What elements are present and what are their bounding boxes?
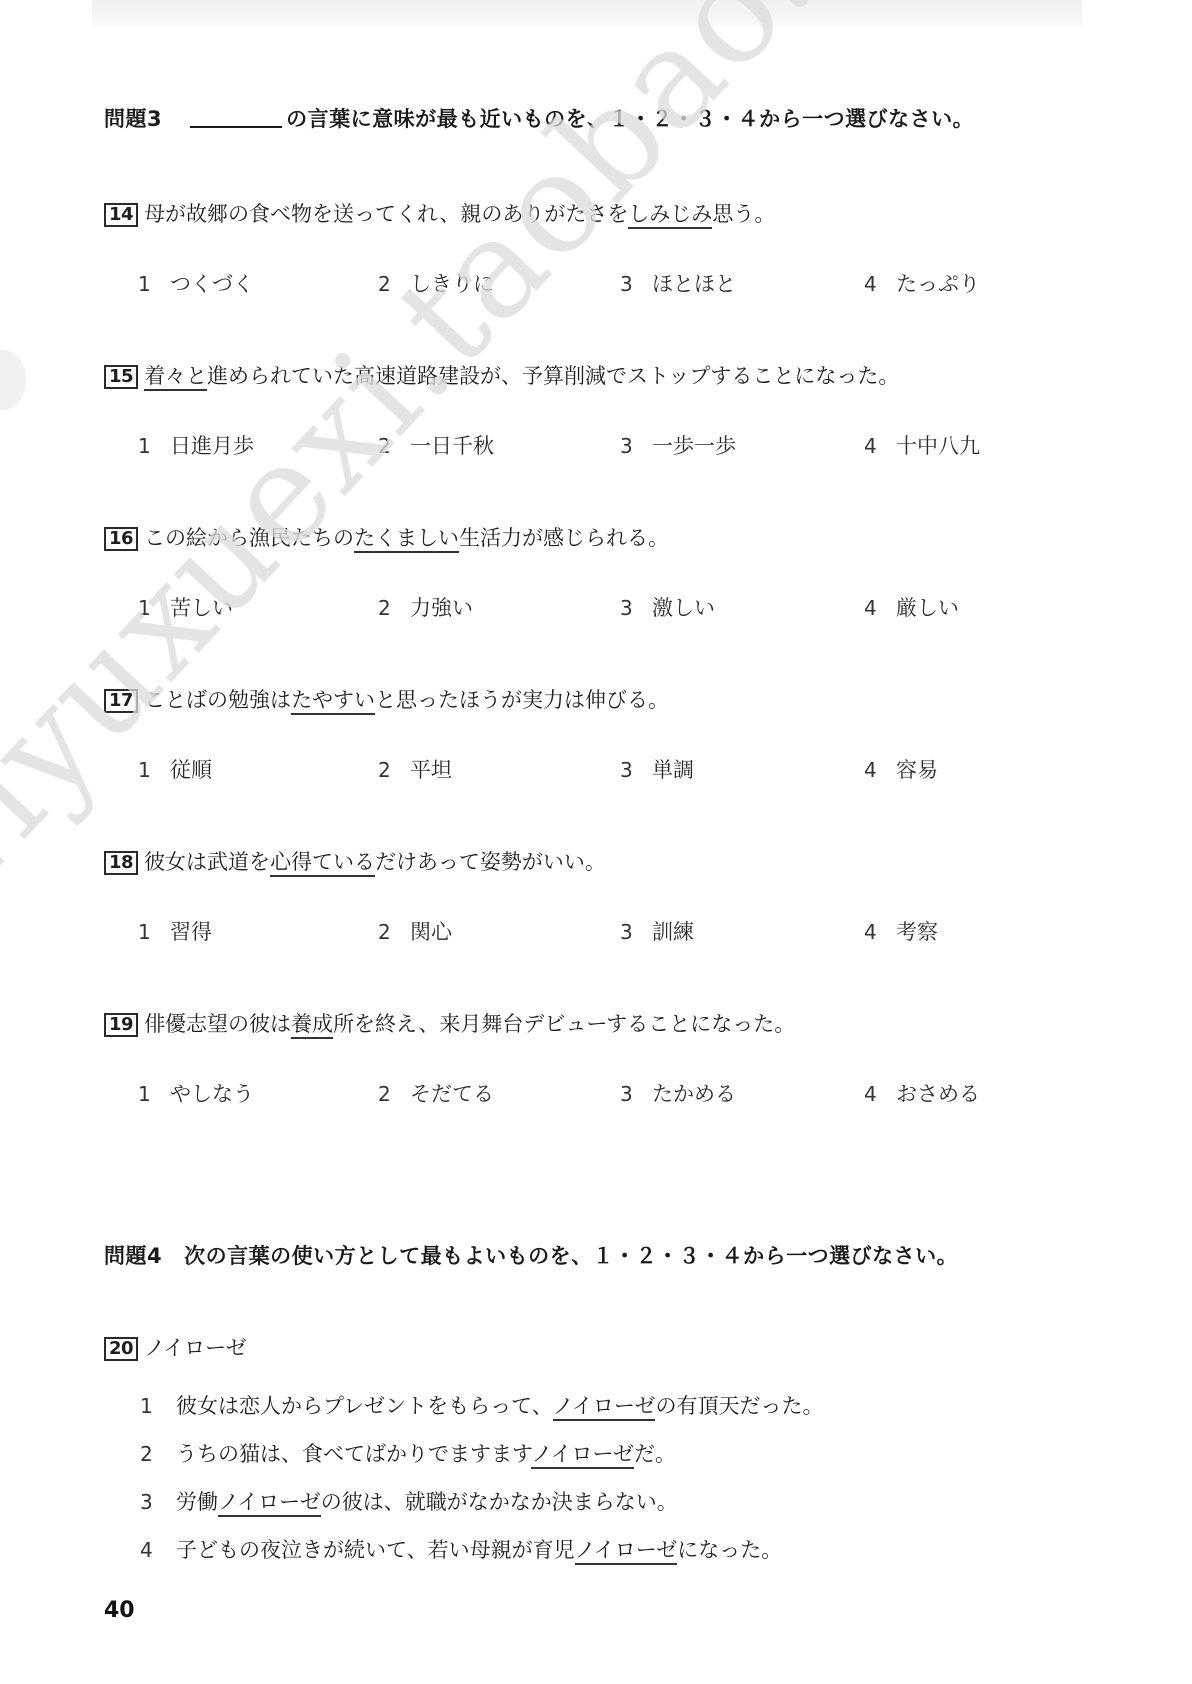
option-number: 1 (138, 434, 170, 458)
section-3-instruction: の言葉に意味が最も近いものを、１・２・３・４から一つ選びなさい。 (286, 107, 974, 131)
question-14: 14母が故郷の食べ物を送ってくれ、親のありがたさをしみじみ思う。 (104, 198, 775, 228)
usage-option-1[interactable]: 1彼女は恋人からプレゼントをもらって、ノイローゼの有頂天だった。 (140, 1390, 823, 1420)
option-number: 4 (864, 434, 896, 458)
option-2[interactable]: 2一日千秋 (378, 430, 494, 460)
option-2[interactable]: 2平坦 (378, 754, 452, 784)
underlined-word: しみじみ (628, 202, 712, 229)
question-15: 15着々と進められていた高速道路建設が、予算削減でストップすることになった。 (104, 360, 899, 390)
option-text: 単調 (652, 758, 694, 782)
option-number: 3 (620, 596, 652, 620)
option-text: の有頂天だった。 (655, 1394, 823, 1418)
option-number: 1 (138, 596, 170, 620)
underlined-word: ノイローゼ (575, 1538, 678, 1565)
option-text: 厳しい (896, 596, 959, 620)
question-19: 19俳優志望の彼は養成所を終え、来月舞台デビューすることになった。 (104, 1008, 795, 1038)
option-4[interactable]: 4十中八九 (864, 430, 980, 460)
underlined-word: 心得ている (270, 850, 375, 877)
exam-page: 問題3の言葉に意味が最も近いものを、１・２・３・４から一つ選びなさい。 14母が… (0, 0, 1192, 1684)
option-4[interactable]: 4たっぷり (864, 268, 980, 298)
option-2[interactable]: 2力強い (378, 592, 473, 622)
option-number: 4 (864, 920, 896, 944)
option-text: 平坦 (410, 758, 452, 782)
option-text: たかめる (652, 1082, 736, 1106)
question-text: 所を終え、来月舞台デビューすることになった。 (333, 1012, 795, 1036)
underlined-word: ノイローゼ (531, 1442, 634, 1469)
option-text: 苦しい (170, 596, 233, 620)
option-number: 4 (864, 1082, 896, 1106)
section-3-header: 問題3の言葉に意味が最も近いものを、１・２・３・４から一つ選びなさい。 (104, 103, 974, 133)
question-text: 進められていた高速道路建設が、予算削減でストップすることになった。 (207, 364, 899, 388)
option-number: 3 (140, 1490, 176, 1514)
options-16: 1苦しい 2力強い 3激しい 4厳しい (138, 592, 1038, 622)
underlined-word: たくましい (354, 526, 459, 553)
option-text: つくづく (170, 272, 254, 296)
option-2[interactable]: 2関心 (378, 916, 452, 946)
option-text: 従順 (170, 758, 212, 782)
option-4[interactable]: 4おさめる (864, 1078, 980, 1108)
option-number: 3 (620, 272, 652, 296)
section-4-header: 問題4次の言葉の使い方として最もよいものを、１・２・３・４から一つ選びなさい。 (104, 1240, 958, 1270)
option-3[interactable]: 3一歩一歩 (620, 430, 736, 460)
option-number: 2 (378, 434, 410, 458)
option-number: 2 (378, 920, 410, 944)
option-text: しきりに (410, 272, 494, 296)
question-number: 20 (104, 1337, 138, 1361)
option-number: 1 (138, 1082, 170, 1106)
target-word: ノイローゼ (144, 1336, 247, 1360)
question-text: 母が故郷の食べ物を送ってくれ、親のありがたさを (144, 202, 628, 226)
option-number: 2 (378, 272, 410, 296)
option-text: 力強い (410, 596, 473, 620)
question-text: ことばの勉強は (144, 688, 291, 712)
usage-option-2[interactable]: 2うちの猫は、食べてばかりでますますノイローゼだ。 (140, 1438, 676, 1468)
usage-option-4[interactable]: 4子どもの夜泣きが続いて、若い母親が育児ノイローゼになった。 (140, 1534, 782, 1564)
option-1[interactable]: 1日進月歩 (138, 430, 254, 460)
option-text: そだてる (410, 1082, 494, 1106)
question-number: 18 (104, 851, 138, 875)
option-number: 1 (138, 272, 170, 296)
option-1[interactable]: 1つくづく (138, 268, 254, 298)
question-17: 17ことばの勉強はたやすいと思ったほうが実力は伸びる。 (104, 684, 669, 714)
option-1[interactable]: 1従順 (138, 754, 212, 784)
option-text: 容易 (896, 758, 938, 782)
option-text: やしなう (170, 1082, 254, 1106)
question-20: 20ノイローゼ (104, 1332, 247, 1362)
option-2[interactable]: 2しきりに (378, 268, 494, 298)
section-4-label: 問題4 (104, 1244, 162, 1268)
option-text: 日進月歩 (170, 434, 254, 458)
options-15: 1日進月歩 2一日千秋 3一歩一歩 4十中八九 (138, 430, 1038, 460)
question-text: 思う。 (712, 202, 775, 226)
option-3[interactable]: 3たかめる (620, 1078, 736, 1108)
option-text: 彼女は恋人からプレゼントをもらって、 (176, 1394, 553, 1418)
underlined-word: 養成 (291, 1012, 333, 1039)
option-number: 3 (620, 920, 652, 944)
option-number: 3 (620, 1082, 652, 1106)
question-text: と思ったほうが実力は伸びる。 (375, 688, 669, 712)
option-2[interactable]: 2そだてる (378, 1078, 494, 1108)
option-1[interactable]: 1習得 (138, 916, 212, 946)
option-text: 一日千秋 (410, 434, 494, 458)
option-text: 一歩一歩 (652, 434, 736, 458)
option-number: 3 (620, 434, 652, 458)
option-number: 4 (864, 272, 896, 296)
option-text: だ。 (634, 1442, 676, 1466)
option-text: おさめる (896, 1082, 980, 1106)
option-4[interactable]: 4容易 (864, 754, 938, 784)
option-number: 4 (864, 758, 896, 782)
question-18: 18彼女は武道を心得ているだけあって姿勢がいい。 (104, 846, 606, 876)
option-text: 習得 (170, 920, 212, 944)
option-number: 4 (864, 596, 896, 620)
option-number: 2 (378, 596, 410, 620)
option-3[interactable]: 3単調 (620, 754, 694, 784)
option-text: うちの猫は、食べてばかりでますます (176, 1442, 531, 1466)
option-3[interactable]: 3訓練 (620, 916, 694, 946)
underlined-word: たやすい (291, 688, 375, 715)
option-text: の彼は、就職がなかなか決まらない。 (321, 1490, 678, 1514)
section-3-label: 問題3 (104, 107, 162, 131)
options-18: 1習得 2関心 3訓練 4考察 (138, 916, 1038, 946)
options-17: 1従順 2平坦 3単調 4容易 (138, 754, 1038, 784)
section-4-instruction: 次の言葉の使い方として最もよいものを、１・２・３・４から一つ選びなさい。 (184, 1244, 958, 1268)
question-number: 17 (104, 689, 138, 713)
option-text: 激しい (652, 596, 715, 620)
option-text: ほとほと (652, 272, 736, 296)
question-16: 16この絵から漁民たちのたくましい生活力が感じられる。 (104, 522, 669, 552)
option-number: 1 (140, 1394, 176, 1418)
question-number: 15 (104, 365, 138, 389)
underlined-word: ノイローゼ (553, 1394, 656, 1421)
option-4[interactable]: 4厳しい (864, 592, 959, 622)
option-text: 子どもの夜泣きが続いて、若い母親が育児 (176, 1538, 575, 1562)
blank-line (190, 126, 282, 128)
question-text: だけあって姿勢がいい。 (375, 850, 606, 874)
option-text: 訓練 (652, 920, 694, 944)
question-number: 14 (104, 203, 138, 227)
option-number: 4 (140, 1538, 176, 1562)
option-number: 3 (620, 758, 652, 782)
underlined-word: ノイローゼ (218, 1490, 321, 1517)
option-3[interactable]: 3激しい (620, 592, 715, 622)
options-19: 1やしなう 2そだてる 3たかめる 4おさめる (138, 1078, 1038, 1108)
page-number: 40 (104, 1598, 135, 1623)
option-number: 2 (378, 1082, 410, 1106)
option-text: たっぷり (896, 272, 980, 296)
question-number: 16 (104, 527, 138, 551)
option-text: 労働 (176, 1490, 218, 1514)
option-3[interactable]: 3ほとほと (620, 268, 736, 298)
question-number: 19 (104, 1013, 138, 1037)
option-text: 関心 (410, 920, 452, 944)
option-text: になった。 (677, 1538, 782, 1562)
option-1[interactable]: 1やしなう (138, 1078, 254, 1108)
option-text: 考察 (896, 920, 938, 944)
option-number: 2 (378, 758, 410, 782)
underlined-word: 着々と (144, 364, 207, 391)
option-number: 2 (140, 1442, 176, 1466)
question-text: 生活力が感じられる。 (459, 526, 669, 550)
usage-option-3[interactable]: 3労働ノイローゼの彼は、就職がなかなか決まらない。 (140, 1486, 678, 1516)
option-1[interactable]: 1苦しい (138, 592, 233, 622)
options-14: 1つくづく 2しきりに 3ほとほと 4たっぷり (138, 268, 1038, 298)
option-4[interactable]: 4考察 (864, 916, 938, 946)
question-text: 俳優志望の彼は (144, 1012, 291, 1036)
option-text: 十中八九 (896, 434, 980, 458)
question-text: この絵から漁民たちの (144, 526, 354, 550)
option-number: 1 (138, 920, 170, 944)
question-text: 彼女は武道を (144, 850, 270, 874)
option-number: 1 (138, 758, 170, 782)
